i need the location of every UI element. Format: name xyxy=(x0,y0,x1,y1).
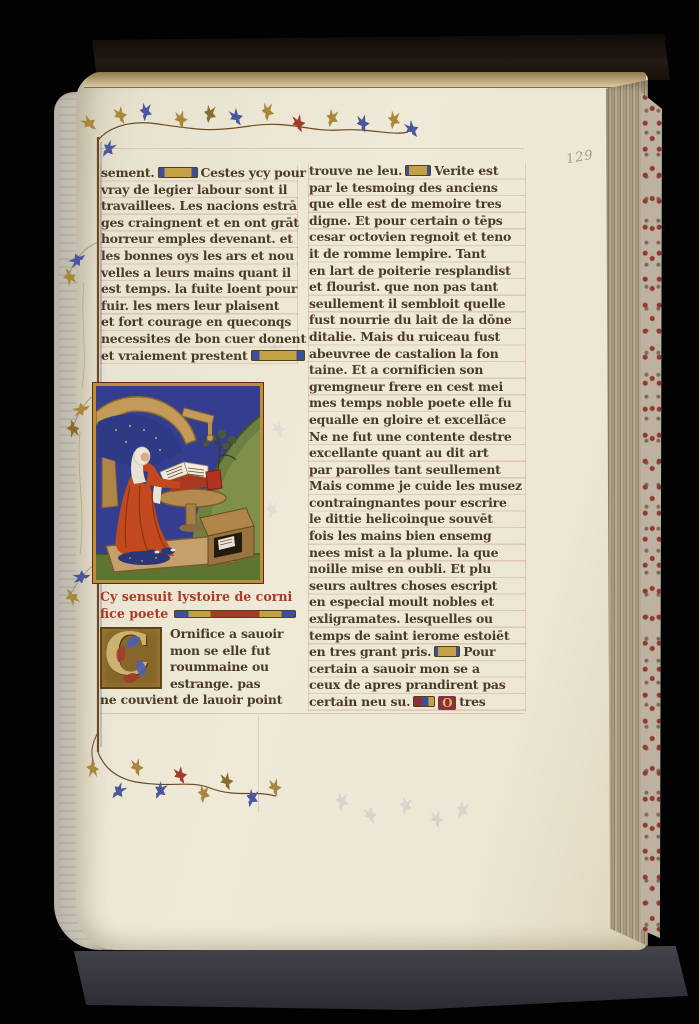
right-column-lines-tail: certain a sauoir mon se aceux de apres p… xyxy=(309,661,525,694)
text-line: trouve ne leu.Verite est xyxy=(309,163,525,180)
text-line: vray de legier labour sont il xyxy=(101,182,297,199)
text-segment: et vraiement prestent xyxy=(101,348,248,363)
text-line: nees mist a la plume. la que xyxy=(309,545,525,562)
show-through-line xyxy=(258,716,259,812)
text-line: Ne ne fut une contente destre xyxy=(309,429,525,446)
left-column-lines: vray de legier labour sont iltravaillees… xyxy=(101,182,297,348)
ruling-line-top xyxy=(100,148,524,149)
text-segment: en tres grant pris. xyxy=(309,644,431,659)
text-line: certain a sauoir mon se a xyxy=(309,661,525,678)
text-line: ges craingnent et en ont grāt xyxy=(101,215,297,232)
text-segment: sement. xyxy=(101,165,155,180)
text-line: seullement il sembloit quelle xyxy=(309,296,525,313)
text-segment: tres xyxy=(459,694,485,709)
text-line: contraingnantes pour escrire xyxy=(309,495,525,512)
text-line: et fort courage en queconqs xyxy=(101,314,297,331)
ruling-line-bottom xyxy=(100,713,524,714)
text-line: abeuvree de castalion la fon xyxy=(309,346,525,363)
text-line: exligramates. lesquelles ou xyxy=(309,611,525,628)
rubric: Cy sensuit lystoire de corni fice poete xyxy=(100,588,296,622)
text-line: gremgneur frere en cest mei xyxy=(309,379,525,396)
miniature-painting xyxy=(96,386,260,580)
text-column-left: sement.Cestes ycy pour vray de legier la… xyxy=(100,165,298,364)
text-line: equalle en gloire et excellāce xyxy=(309,412,525,429)
rubric-line-filler xyxy=(174,610,296,618)
text-line: en lart de poiterie resplandist xyxy=(309,263,525,280)
text-line: fois les mains bien ensemg xyxy=(309,528,525,545)
text-line: sement.Cestes ycy pour xyxy=(101,165,297,182)
text-line: excellante quant au dit art xyxy=(309,445,525,462)
text-line: fust nourrie du lait de la dōne xyxy=(309,312,525,329)
text-line: horreur emples devenant. et xyxy=(101,231,297,248)
text-line: que elle est de memoire tres xyxy=(309,196,525,213)
text-line: les bonnes oys les ars et nou xyxy=(101,248,297,265)
text-line: en especial moult nobles et xyxy=(309,594,525,611)
text-line: seurs aultres choses escript xyxy=(309,578,525,595)
text-segment: certain neu su. xyxy=(309,694,410,709)
text-line: est temps. la fuite loent pour xyxy=(101,281,297,298)
right-column-lines: par le tesmoing des anciensque elle est … xyxy=(309,180,525,645)
text-line: temps de saint ierome estoiēt xyxy=(309,628,525,645)
text-line: noille mise en oubli. Et plu xyxy=(309,561,525,578)
text-line: en tres grant pris.Pour xyxy=(309,644,525,661)
text-line: velles a leurs mains quant il xyxy=(101,265,297,282)
text-line: mes temps noble poete elle fu xyxy=(309,395,525,412)
text-line: Mais comme je cuide les musez xyxy=(309,478,525,495)
text-line: it de romme lempire. Tant xyxy=(309,246,525,263)
text-line: cesar octovien regnoit et teno xyxy=(309,229,525,246)
table-surface xyxy=(74,946,688,1010)
line-filler-ornament xyxy=(158,167,198,178)
text-line: ne couvient de lauoir point xyxy=(100,692,298,709)
text-segment: Verite est xyxy=(434,163,498,178)
text-column-right: trouve ne leu.Verite est par le tesmoing… xyxy=(308,163,526,711)
text-line: taine. Et a cornificien son xyxy=(309,362,525,379)
text-segment: Pour xyxy=(463,644,495,659)
text-line: et vraiement prestent xyxy=(101,348,297,365)
small-initial-O: O xyxy=(438,696,456,710)
text-line: digne. Et pour certain o tēps xyxy=(309,213,525,230)
initial-paragraph: C Ornifice a sauoirmon se elle futroumma… xyxy=(100,626,298,709)
text-line: fuir. les mers leur plaisent xyxy=(101,298,297,315)
marbled-page-edge xyxy=(641,92,662,938)
text-line: par le tesmoing des anciens xyxy=(309,180,525,197)
text-line: necessites de bon cuer donent xyxy=(101,331,297,348)
miniature-cornificia xyxy=(93,383,263,583)
illuminated-initial-C: C xyxy=(100,627,162,689)
text-segment: trouve ne leu. xyxy=(309,163,402,178)
line-filler-ornament xyxy=(405,165,431,176)
photo-stage: 129 sement.Cestes ycy pour vray de legie… xyxy=(0,0,699,1024)
rubric-line: Cy sensuit lystoire de corni xyxy=(100,588,296,605)
line-filler-ornament xyxy=(434,646,460,657)
line-filler-ornament xyxy=(413,696,435,707)
text-line: ditalie. Mais du ruiceau fust xyxy=(309,329,525,346)
page-top-edge xyxy=(84,72,646,88)
text-line: le dittie helicoinque souvēt xyxy=(309,511,525,528)
text-line: travaillees. Les nacions estrā xyxy=(101,198,297,215)
text-line: par parolles tant seullement xyxy=(309,462,525,479)
text-line: et flourist. que non pas tant xyxy=(309,279,525,296)
line-filler-ornament xyxy=(251,350,305,361)
text-line: certain neu su.Otres xyxy=(309,694,525,711)
text-segment: Cestes ycy pour xyxy=(201,165,306,180)
text-line: ceux de apres prandirent pas xyxy=(309,677,525,694)
